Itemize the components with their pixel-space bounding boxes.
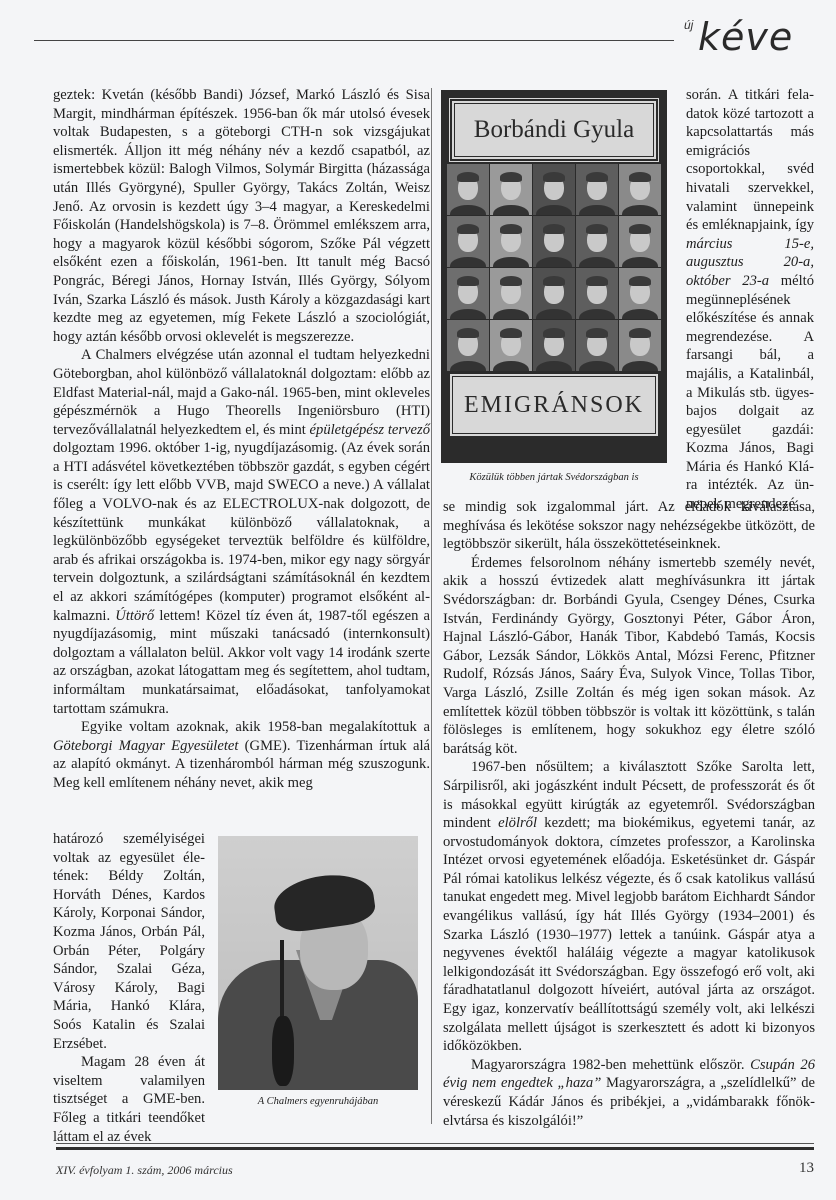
portrait-body	[579, 361, 614, 371]
portrait-thumbnail	[576, 320, 618, 371]
portrait-thumbnail	[447, 268, 489, 319]
paragraph: Magyarországra 1982-ben mehettünk előszö…	[443, 1056, 815, 1130]
portrait-body	[493, 257, 528, 267]
portrait-body	[450, 361, 485, 371]
portrait-thumbnail	[619, 268, 661, 319]
footer-rule-thick	[56, 1147, 814, 1150]
paragraph: során. A titkári fela­datok közé tarto­z…	[686, 86, 814, 514]
issue-info: XIV. évfolyam 1. szám, 2006 március	[56, 1163, 233, 1178]
portrait-hair	[500, 276, 522, 286]
italic-phrase: Úttörő	[115, 608, 154, 624]
portrait-thumbnail	[447, 320, 489, 371]
logo-title: kéve	[698, 12, 793, 62]
portrait-hair	[457, 276, 479, 286]
book-subtitle-box: EMIGRÁNSOK	[450, 374, 658, 436]
portrait-thumbnail	[576, 164, 618, 215]
header-rule	[34, 40, 674, 41]
portrait-hair	[629, 276, 651, 286]
portrait-body	[450, 309, 485, 319]
paragraph: Érdemes felsorolnom néhány ismertebb sze…	[443, 554, 815, 759]
portrait-body	[536, 361, 571, 371]
logo-prefix: új	[684, 18, 693, 32]
portrait-thumbnail	[619, 164, 661, 215]
book-cover-image: Borbándi Gyula EMIGRÁNSOK	[441, 90, 667, 463]
portrait-body	[622, 361, 657, 371]
portrait-thumbnail	[619, 320, 661, 371]
portrait-body	[493, 309, 528, 319]
paragraph: 1967-ben nősültem; a kiválasztott Szőke …	[443, 758, 815, 1056]
portrait-thumbnail	[447, 164, 489, 215]
portrait-hair	[500, 328, 522, 338]
portrait-hair	[543, 328, 565, 338]
portrait-hair	[457, 224, 479, 234]
portrait-thumbnail	[533, 164, 575, 215]
paragraph: A Chalmers elvégzése után azonnal el tud…	[53, 346, 430, 718]
paragraph-text: dolgoztam 1996. október 1-ig, nyug­díjaz…	[53, 440, 430, 623]
right-narrow-column: során. A titkári fela­datok közé tarto­z…	[686, 86, 814, 514]
photo-caption: A Chalmers egyenruhájában	[218, 1096, 418, 1107]
portrait-body	[579, 309, 614, 319]
portrait-thumbnail	[533, 268, 575, 319]
photo-tassel-end	[272, 1016, 294, 1086]
paragraph: határozó személyiségei voltak az egyesül…	[53, 830, 205, 1053]
portrait-hair	[543, 172, 565, 182]
paragraph-text: során. A titkári fela­datok közé tarto­z…	[686, 87, 814, 233]
paragraph: se mindig sok izgalommal járt. Az előadó…	[443, 498, 815, 554]
paragraph: Magam 28 éven át viseltem valamilyen tis…	[53, 1053, 205, 1146]
portrait-hair	[586, 328, 608, 338]
portrait-body	[622, 257, 657, 267]
left-column: geztek: Kvetán (később Bandi) József, Ma…	[53, 86, 430, 793]
portrait-thumbnail	[533, 216, 575, 267]
portrait-thumbnail	[490, 216, 532, 267]
paragraph-text: kezdett; ma biokémikus, egyetemi tanár, …	[443, 815, 815, 1054]
portrait-hair	[629, 224, 651, 234]
magazine-logo: új kéve	[676, 12, 826, 62]
portrait-thumbnail	[533, 320, 575, 371]
portrait-hair	[543, 276, 565, 286]
portrait-hair	[629, 172, 651, 182]
book-title: EMIGRÁNSOK	[464, 392, 644, 419]
left-narrow-column: határozó személyiségei voltak az egyesül…	[53, 830, 205, 1146]
portrait-body	[536, 205, 571, 215]
paragraph-text: Egyike voltam azoknak, akik 1958-ban meg…	[81, 719, 430, 735]
portrait-hair	[586, 276, 608, 286]
portrait-body	[579, 205, 614, 215]
column-divider	[431, 88, 432, 1124]
page-number: 13	[799, 1160, 814, 1177]
portrait-hair	[457, 172, 479, 182]
portrait-body	[579, 257, 614, 267]
italic-phrase: Göteborgi Magyar Egyesületet	[53, 738, 238, 754]
portrait-thumbnail	[619, 216, 661, 267]
portrait-hair	[586, 172, 608, 182]
portrait-body	[622, 309, 657, 319]
portrait-hair	[543, 224, 565, 234]
portrait-body	[622, 205, 657, 215]
portrait-thumbnail	[490, 164, 532, 215]
right-column: se mindig sok izgalommal járt. Az előadó…	[443, 498, 815, 1130]
portrait-body	[536, 309, 571, 319]
portrait-thumbnail	[576, 268, 618, 319]
paragraph-text: méltó megünneplé­sének előkészítése és a…	[686, 273, 814, 512]
portrait-hair	[457, 328, 479, 338]
footer-rule	[56, 1143, 814, 1144]
portrait-body	[493, 361, 528, 371]
book-title-box: Borbándi Gyula	[450, 99, 658, 161]
italic-phrase: épületgépész tervező	[310, 422, 430, 438]
portrait-thumbnail	[490, 320, 532, 371]
portrait-hair	[629, 328, 651, 338]
portrait-body	[450, 257, 485, 267]
paragraph: Egyike voltam azoknak, akik 1958-ban meg…	[53, 718, 430, 792]
portrait-body	[536, 257, 571, 267]
paragraph: geztek: Kvetán (később Bandi) József, Ma…	[53, 86, 430, 346]
portrait-thumbnail	[576, 216, 618, 267]
portrait-body	[450, 205, 485, 215]
portrait-hair	[586, 224, 608, 234]
portrait-hair	[500, 224, 522, 234]
portrait-grid	[447, 164, 661, 371]
portrait-body	[493, 205, 528, 215]
paragraph-text: lettem! Közel tíz éven át, 1987-től egé­…	[53, 608, 430, 717]
portrait-thumbnail	[490, 268, 532, 319]
portrait-photo	[218, 836, 418, 1090]
book-caption: Közülük többen jártak Svédországban is	[441, 472, 667, 483]
paragraph-text: Magyarországra 1982-ben mehettünk előszö…	[471, 1057, 744, 1073]
portrait-thumbnail	[447, 216, 489, 267]
book-author: Borbándi Gyula	[474, 116, 634, 144]
portrait-hair	[500, 172, 522, 182]
italic-phrase: elölről	[498, 815, 537, 831]
